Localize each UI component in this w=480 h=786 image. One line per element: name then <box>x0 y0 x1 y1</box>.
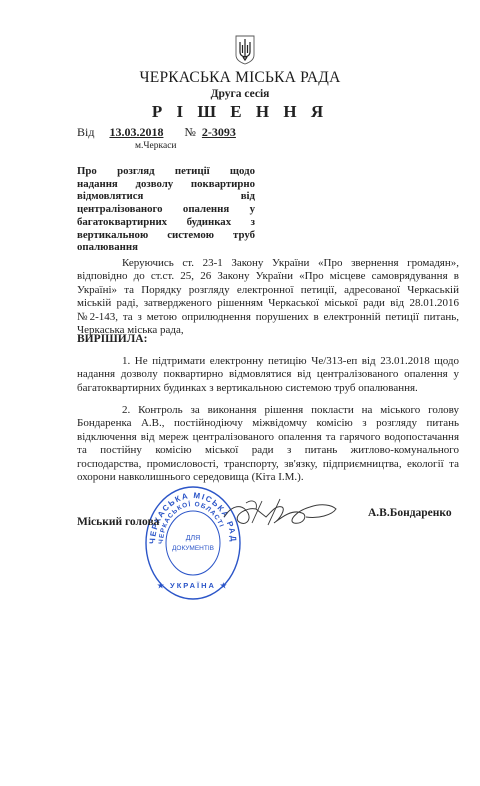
preamble-line: Керуючись ст. 23-1 Закону України «Про з… <box>77 257 459 270</box>
subject-line: опалювання <box>77 241 255 254</box>
signatory-name: А.В.Бондаренко <box>368 507 452 519</box>
date-label: Від <box>77 125 94 139</box>
preamble-line: міській раді, затвердженого рішенням Чер… <box>77 297 459 310</box>
subject-line: централізованого опалення у <box>77 203 255 216</box>
preamble-line: відповідно до ст.ст. 25, 26 Закону Украї… <box>77 270 459 283</box>
subject-line: надання дозволу поквартирно <box>77 178 255 191</box>
resolution-item-1: 1. Не підтримати електронну петицію Че/3… <box>77 355 459 395</box>
preamble-line: №2-143, та з метою оприлюднення порушени… <box>77 311 459 324</box>
item-line: багатоквартирних будинках з вертикальною… <box>77 382 459 395</box>
item-line: 1. Не підтримати електронну петицію Че/3… <box>77 355 459 368</box>
subject-line: багатоквартирних будинках з <box>77 216 255 229</box>
signatory-position: Міський голова <box>77 516 159 528</box>
item-line: відключення від мереж централізованого о… <box>77 431 459 444</box>
date-number-row: Від 13.03.2018 № 2-3093 <box>77 125 236 140</box>
preamble-line: Україні» та Порядку розгляду електронної… <box>77 284 459 297</box>
item-line: господарства, промисловості, транспорту,… <box>77 458 459 471</box>
document-title: Р І Ш Е Н Н Я <box>0 102 480 122</box>
item-line: охорони навколишнього середовища (Кіта І… <box>77 471 459 484</box>
item-line: надання дозволу поквартирно відмовлятися… <box>77 368 459 381</box>
decision-subject: Про розгляд петиції щодо надання дозволу… <box>77 165 255 254</box>
resolved-heading: ВИРІШИЛА: <box>77 333 147 345</box>
handwritten-signature <box>222 495 340 533</box>
council-name: ЧЕРКАСЬКА МІСЬКА РАДА <box>0 69 480 87</box>
session-label: Друга сесія <box>0 88 480 100</box>
item-line: Бондаренка А.В., постійнодіючу міжвідомч… <box>77 417 459 430</box>
subject-line: Про розгляд петиції щодо <box>77 165 255 178</box>
decision-number: 2-3093 <box>202 125 236 139</box>
subject-line: відмовлятися від <box>77 190 255 203</box>
preamble-paragraph: Керуючись ст. 23-1 Закону України «Про з… <box>77 257 459 337</box>
svg-text:ДОКУМЕНТІВ: ДОКУМЕНТІВ <box>172 545 214 552</box>
subject-line: вертикальною системою труб <box>77 229 255 242</box>
trident-coat-of-arms-icon <box>234 35 256 65</box>
decision-date: 13.03.2018 <box>109 125 163 139</box>
item-line: та постійну комісію міської ради з питан… <box>77 444 459 457</box>
city-label: м.Черкаси <box>135 141 177 151</box>
number-label: № <box>184 125 195 139</box>
resolution-item-2: 2. Контроль за виконання рішення покласт… <box>77 404 459 484</box>
item-line: 2. Контроль за виконання рішення покласт… <box>77 404 459 417</box>
svg-text:ДЛЯ: ДЛЯ <box>186 535 200 542</box>
svg-text:★ УКРАЇНА ★: ★ УКРАЇНА ★ <box>157 581 229 590</box>
